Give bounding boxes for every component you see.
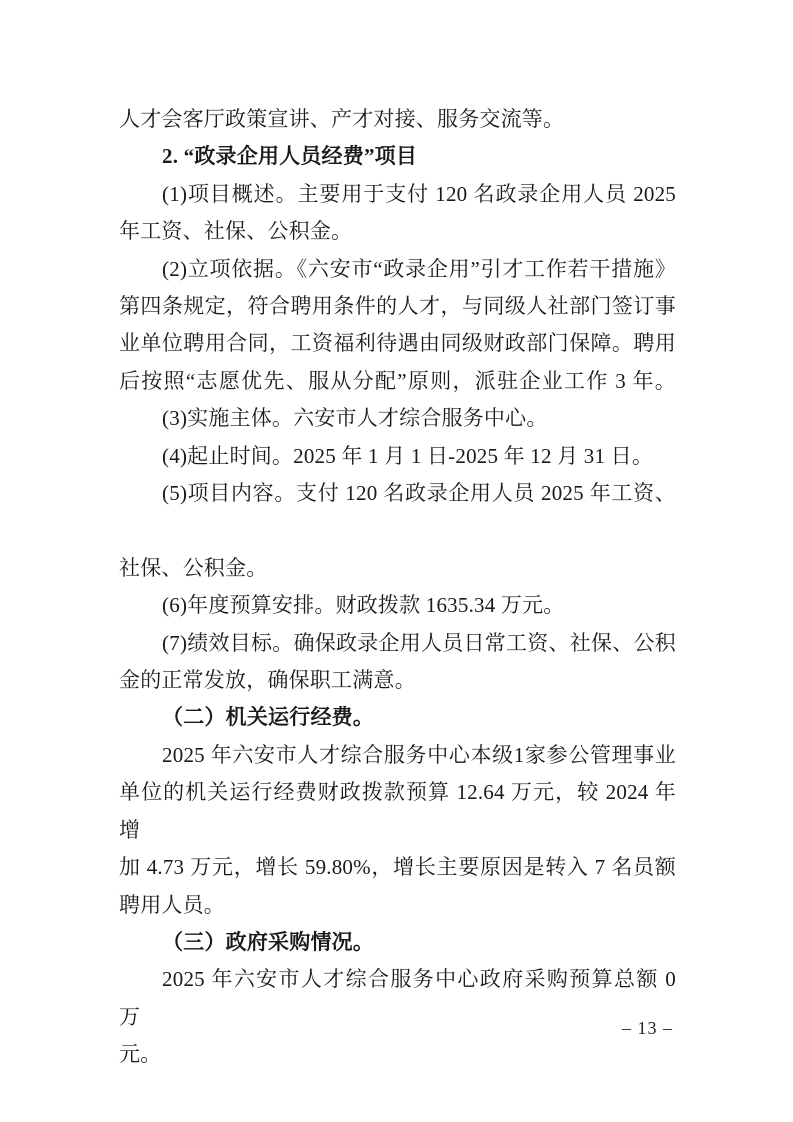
- text-line-project-overview-1: (1)项目概述。主要用于支付 120 名政录企用人员 2025: [119, 176, 676, 213]
- text-line-implementer: (3)实施主体。六安市人才综合服务中心。: [119, 400, 676, 437]
- text-line-project-basis-3: 业单位聘用合同，工资福利待遇由同级财政部门保障。聘用: [119, 325, 676, 362]
- text-line-talent-lounge: 人才会客厅政策宣讲、产才对接、服务交流等。: [119, 101, 676, 138]
- text-line-project-basis-2: 第四条规定，符合聘用条件的人才，与同级人社部门签订事: [119, 288, 676, 325]
- heading-agency-operating-funds: （二）机关运行经费。: [119, 699, 676, 736]
- text-line-performance-goal-2: 金的正常发放，确保职工满意。: [119, 662, 676, 699]
- text-line-operating-funds-4: 聘用人员。: [119, 887, 676, 924]
- text-line-project-overview-2: 年工资、社保、公积金。: [119, 213, 676, 250]
- heading-government-procurement: （三）政府采购情况。: [119, 924, 676, 961]
- text-line-operating-funds-3: 加 4.73 万元，增长 59.80%，增长主要原因是转入 7 名员额: [119, 849, 676, 886]
- text-line-project-basis-4: 后按照“志愿优先、服从分配”原则，派驻企业工作 3 年。: [119, 363, 676, 400]
- text-line-budget-arrangement: (6)年度预算安排。财政拨款 1635.34 万元。: [119, 587, 676, 624]
- text-line-project-content-1: (5)项目内容。支付 120 名政录企用人员 2025 年工资、: [119, 475, 676, 512]
- text-line-performance-goal-1: (7)绩效目标。确保政录企用人员日常工资、社保、公积: [119, 625, 676, 662]
- text-line-project-content-2: 社保、公积金。: [119, 550, 676, 587]
- text-line-operating-funds-2: 单位的机关运行经费财政拨款预算 12.64 万元，较 2024 年增: [119, 774, 676, 849]
- document-body: 人才会客厅政策宣讲、产才对接、服务交流等。 2. “政录企用人员经费”项目 (1…: [119, 101, 676, 1074]
- heading-zhenglu-personnel-fund: 2. “政录企用人员经费”项目: [119, 138, 676, 175]
- text-line-duration: (4)起止时间。2025 年 1 月 1 日-2025 年 12 月 31 日。: [119, 438, 676, 475]
- text-line-project-basis-1: (2)立项依据。《六安市“政录企用”引才工作若干措施》: [119, 251, 676, 288]
- text-line-procurement-2: 元。: [119, 1036, 676, 1073]
- text-line-operating-funds-1: 2025 年六安市人才综合服务中心本级1家参公管理事业: [119, 737, 676, 774]
- page-number: – 13 –: [622, 1016, 673, 1040]
- text-line-procurement-1: 2025 年六安市人才综合服务中心政府采购预算总额 0 万: [119, 961, 676, 1036]
